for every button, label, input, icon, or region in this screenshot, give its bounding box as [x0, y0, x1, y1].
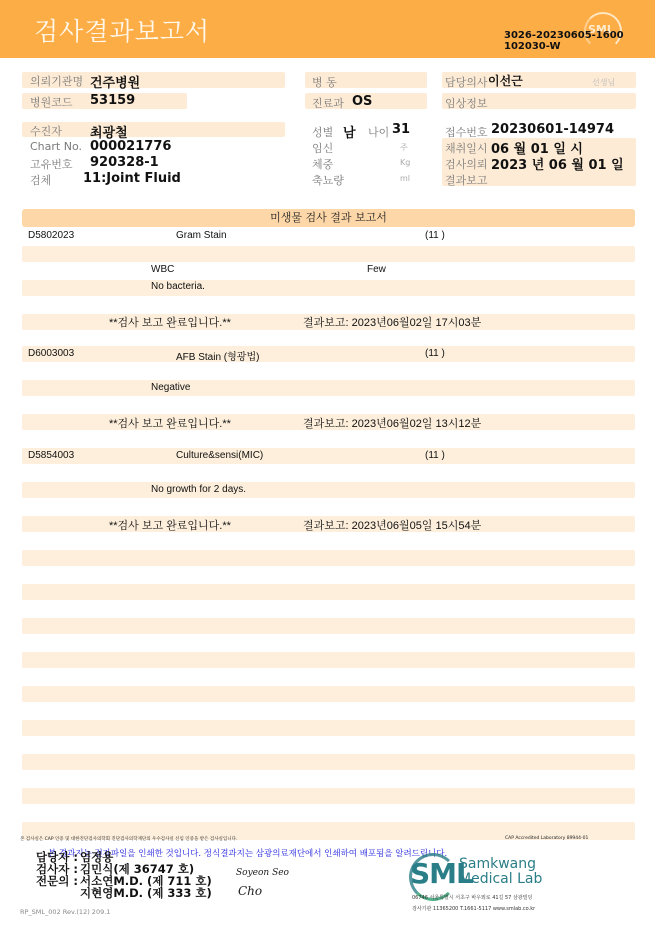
- request-label: 검사의뢰: [445, 156, 488, 172]
- weight-unit: Kg: [400, 158, 410, 167]
- specimen-label: 검체: [30, 172, 51, 188]
- result-value: Few: [367, 264, 386, 275]
- receipt-label: 접수번호: [445, 124, 488, 140]
- report-title: 검사결과보고서: [34, 12, 210, 48]
- test-name: Gram Stain: [176, 230, 227, 241]
- receipt-value: 20230601-14974: [491, 122, 614, 137]
- pregnancy-label: 임신: [312, 140, 333, 156]
- hospital-code-value: 53159: [90, 93, 135, 108]
- test-code: D5802023: [28, 230, 74, 241]
- test-code: D5854003: [28, 450, 74, 461]
- section-title: 미생물 검사 결과 보고서: [22, 209, 635, 227]
- completion-text: **검사 보고 완료입니다.**: [109, 415, 231, 431]
- pregnancy-unit: 주: [400, 142, 408, 153]
- collect-label: 채취일시: [445, 140, 488, 156]
- lab-address: 06746 서울특별시 서초구 바우뫼로 41길 57 삼광빌딩: [412, 894, 532, 901]
- clinical-label: 임상정보: [445, 95, 488, 111]
- report-timestamp: 결과보고: 2023년06월02일 13시12분: [303, 415, 481, 431]
- stripe: [22, 448, 635, 464]
- test-code: D6003003: [28, 348, 74, 359]
- test-specimen: (11 ): [425, 450, 445, 461]
- stripe: [22, 246, 635, 262]
- revision-code: RP_SML_002 Rev.(12) 209.1: [20, 908, 110, 916]
- age-value: 31: [392, 122, 410, 137]
- signature-1: Soyeon Seo: [236, 868, 289, 878]
- stripe: [22, 720, 635, 736]
- test-name: Culture&sensi(MIC): [176, 450, 263, 461]
- stripe: [22, 550, 635, 566]
- cap-accreditation: CAP Accredited Laboratory 89944-01: [505, 836, 588, 841]
- accreditation-note: 본 검사실은 CAP 인증 및 대한진단검사의학회 진단검사의학재단의 우수검사…: [20, 836, 237, 842]
- stripe: [22, 482, 635, 498]
- stripe: [22, 584, 635, 600]
- signature-2: Cho: [238, 884, 262, 898]
- report-codes: 3026-20230605-1600 102030-W: [504, 30, 624, 52]
- stripe: [22, 380, 635, 396]
- stripe: [22, 618, 635, 634]
- test-specimen: (11 ): [425, 230, 445, 241]
- stripe: [22, 686, 635, 702]
- report-code-1: 3026-20230605-1600: [504, 30, 624, 41]
- institution-label: 의뢰기관명: [30, 73, 83, 89]
- urine-label: 축뇨량: [312, 172, 344, 188]
- completion-text: **검사 보고 완료입니다.**: [109, 314, 231, 330]
- test-specimen: (11 ): [425, 348, 445, 359]
- report-code-2: 102030-W: [504, 41, 624, 52]
- completion-text: **검사 보고 완료입니다.**: [109, 517, 231, 533]
- result-item: No bacteria.: [151, 281, 205, 292]
- report-timestamp: 결과보고: 2023년06월02일 17시03분: [303, 314, 481, 330]
- doctor-label: 담당의사: [445, 74, 488, 90]
- test-name: AFB Stain (형광법): [176, 348, 259, 363]
- specialist-2: 지현영M.D. (제 333 호): [80, 887, 212, 899]
- weight-label: 체중: [312, 156, 333, 172]
- age-label: 나이: [368, 124, 389, 140]
- sex-value: 남: [343, 122, 356, 141]
- id-value: 920328-1: [90, 155, 159, 170]
- ward-label: 병 동: [312, 74, 337, 90]
- dept-label: 진료과: [312, 95, 344, 111]
- institution-value: 건주병원: [90, 72, 140, 91]
- result-item: WBC: [151, 264, 174, 275]
- dept-value: OS: [352, 94, 372, 109]
- lab-contact: 검사기관 11365200 T.1661-5117 www.smlab.co.k…: [412, 905, 535, 912]
- stripe: [22, 346, 635, 362]
- request-value: 2023 년 06 월 01 일: [491, 154, 624, 173]
- report-date-label: 결과보고: [445, 172, 488, 188]
- result-item: No growth for 2 days.: [151, 484, 246, 495]
- lab-name-1: Samkwang: [459, 857, 536, 872]
- hospital-code-label: 병원코드: [30, 94, 73, 110]
- doctor-value: 이선근: [488, 72, 523, 89]
- stripe: [22, 280, 635, 296]
- sex-label: 성별: [312, 124, 333, 140]
- specimen-value: 11:Joint Fluid: [83, 171, 181, 186]
- patient-label: 수진자: [30, 123, 62, 139]
- specialist-label: 전문의 :: [36, 875, 78, 887]
- lab-name-2: Medical Lab: [459, 872, 542, 887]
- stripe: [22, 652, 635, 668]
- stripe: [22, 788, 635, 804]
- id-label: 고유번호: [30, 156, 73, 172]
- urine-unit: ml: [400, 174, 410, 183]
- chart-label: Chart No.: [30, 140, 82, 153]
- result-item: Negative: [151, 382, 190, 393]
- chart-value: 000021776: [90, 139, 171, 154]
- report-timestamp: 결과보고: 2023년06월05일 15시54분: [303, 517, 481, 533]
- doctor-suffix: 선생님: [592, 77, 615, 88]
- stripe: [22, 754, 635, 770]
